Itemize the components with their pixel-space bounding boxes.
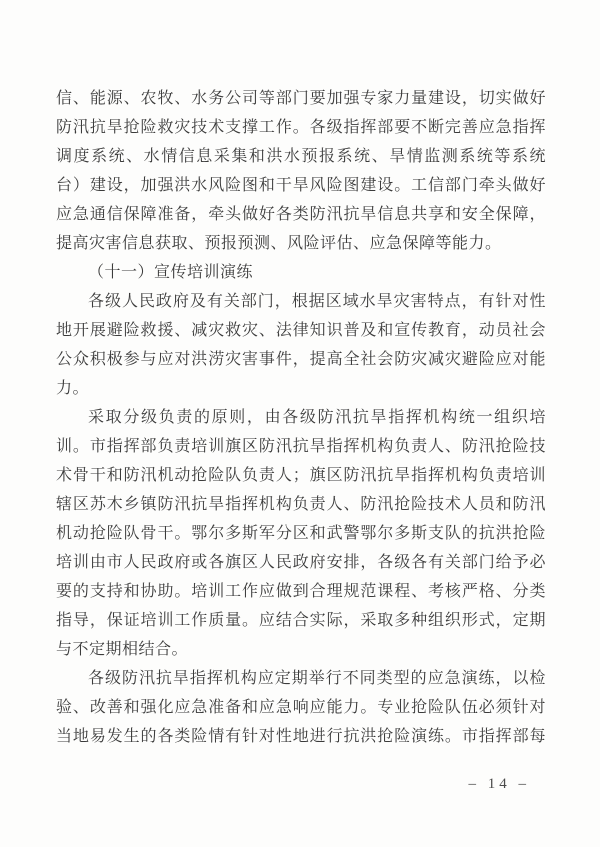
text-line: 培训由市人民政府或各旗区人民政府安排，各级各有关部门给予必 bbox=[56, 548, 546, 577]
text-line: 防汛抗旱抢险救灾技术支撑工作。各级指挥部要不断完善应急指挥 bbox=[56, 113, 546, 142]
page-number: – 14 – bbox=[0, 776, 530, 793]
text-line: 各级防汛抗旱指挥机构应定期举行不同类型的应急演练，以检 bbox=[56, 664, 546, 693]
text-content: 信、能源、农牧、水务公司等部门要加强专家力量建设，切实做好防汛抗旱抢险救灾技术支… bbox=[56, 84, 546, 751]
text-line: 采取分级负责的原则，由各级防汛抗旱指挥机构统一组织培 bbox=[56, 403, 546, 432]
text-line: 机动抢险队骨干。鄂尔多斯军分区和武警鄂尔多斯支队的抗洪抢险 bbox=[56, 519, 546, 548]
section-heading: （十一）宣传培训演练 bbox=[56, 258, 546, 287]
text-line: 地开展避险救援、减灾救灾、法律知识普及和宣传教育，动员社会 bbox=[56, 316, 546, 345]
text-line: 提高灾害信息获取、预报预测、风险评估、应急保障等能力。 bbox=[56, 229, 546, 258]
text-line: 信、能源、农牧、水务公司等部门要加强专家力量建设，切实做好 bbox=[56, 84, 546, 113]
text-line: 要的支持和协助。培训工作应做到合理规范课程、考核严格、分类 bbox=[56, 577, 546, 606]
text-line: 指导，保证培训工作质量。应结合实际，采取多种组织形式，定期 bbox=[56, 606, 546, 635]
text-line: 训。市指挥部负责培训旗区防汛抗旱指挥机构负责人、防汛抢险技 bbox=[56, 432, 546, 461]
text-line: 辖区苏木乡镇防汛抗旱指挥机构负责人、防汛抢险技术人员和防汛 bbox=[56, 490, 546, 519]
text-line: 调度系统、水情信息采集和洪水预报系统、旱情监测系统等系统（平 bbox=[56, 142, 546, 171]
text-line: 公众积极参与应对洪涝灾害事件，提高全社会防灾减灾避险应对能 bbox=[56, 345, 546, 374]
document-page: 信、能源、农牧、水务公司等部门要加强专家力量建设，切实做好防汛抗旱抢险救灾技术支… bbox=[0, 0, 600, 847]
text-line: 力。 bbox=[56, 374, 546, 403]
text-line: 台）建设，加强洪水风险图和干旱风险图建设。工信部门牵头做好 bbox=[56, 171, 546, 200]
text-line: 应急通信保障准备，牵头做好各类防汛抗旱信息共享和安全保障， bbox=[56, 200, 546, 229]
text-line: 验、改善和强化应急准备和应急响应能力。专业抢险队伍必须针对 bbox=[56, 693, 546, 722]
text-line: 术骨干和防汛机动抢险队负责人；旗区防汛抗旱指挥机构负责培训 bbox=[56, 461, 546, 490]
text-line: 各级人民政府及有关部门，根据区域水旱灾害特点，有针对性 bbox=[56, 287, 546, 316]
text-line: 当地易发生的各类险情有针对性地进行抗洪抢险演练。市指挥部每 bbox=[56, 722, 546, 751]
text-line: 与不定期相结合。 bbox=[56, 635, 546, 664]
